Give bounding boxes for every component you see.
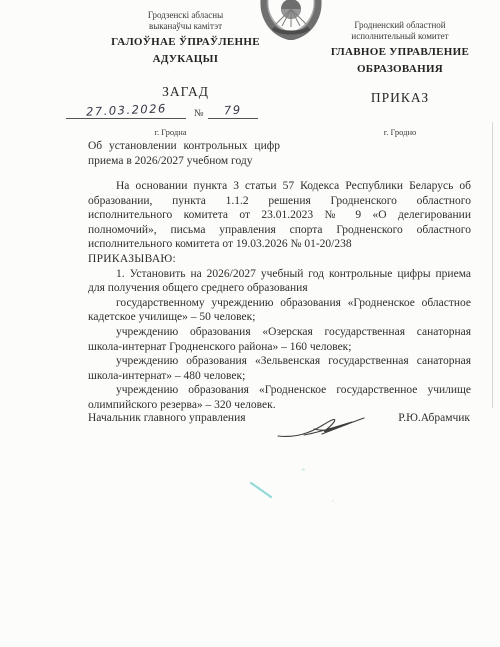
city-right: г. Гродно bbox=[322, 127, 478, 137]
org-name-line: Гродзенскі абласны bbox=[88, 10, 283, 21]
order-body: На основании пункта 3 статьи 57 Кодекса … bbox=[88, 179, 471, 413]
letterhead-belarusian: Гродзенскі абласны выканаўчы камітэт ГАЛ… bbox=[88, 10, 283, 100]
order-word: ПРИКАЗЫВАЮ: bbox=[88, 252, 471, 267]
doc-type-zagad: ЗАГАД bbox=[88, 84, 283, 100]
allocation-item: учреждению образования «Озерская государ… bbox=[88, 325, 471, 354]
basis-paragraph: На основании пункта 3 статьи 57 Кодекса … bbox=[88, 179, 471, 252]
allocation-item: учреждению образования «Зельвенская госу… bbox=[88, 354, 471, 383]
item-1-intro: 1. Установить на 2026/2027 учебный год к… bbox=[88, 267, 471, 296]
city-left: г. Гродна bbox=[88, 127, 253, 137]
signature-row: Начальник главного управления Р.Ю.Абрамч… bbox=[88, 412, 470, 443]
org-name-line: исполнительный комитет bbox=[322, 31, 478, 42]
subject-line: приема в 2026/2027 учебном году bbox=[88, 154, 362, 169]
signer-name: Р.Ю.Абрамчик bbox=[398, 412, 470, 424]
allocation-item: государственному учреждению образования … bbox=[88, 296, 471, 325]
date-blank-line: 27.03.2026 bbox=[66, 103, 186, 119]
number-sign: № bbox=[194, 108, 204, 119]
subject-line: Об установлении контрольных цифр bbox=[88, 139, 362, 154]
signer-title: Начальник главного управления bbox=[88, 412, 246, 424]
org-name-line: Гродненский областной bbox=[322, 20, 478, 31]
handwritten-number: 79 bbox=[223, 103, 241, 118]
scan-speck bbox=[332, 500, 334, 502]
department-name-line: ГЛАВНОЕ УПРАВЛЕНИЕ bbox=[322, 46, 478, 59]
department-name-line: ОБРАЗОВАНИЯ bbox=[322, 63, 478, 76]
doc-type-prikaz: ПРИКАЗ bbox=[322, 90, 478, 106]
letterhead-russian: Гродненский областной исполнительный ком… bbox=[322, 20, 478, 106]
org-name-line: выканаўчы камітэт bbox=[88, 21, 283, 32]
date-number-row: 27.03.2026№79 bbox=[66, 103, 286, 119]
department-name-line: АДУКАЦЫІ bbox=[88, 53, 283, 66]
subject-block: Об установлении контрольных цифр приема … bbox=[88, 139, 362, 168]
scan-page-edge-line bbox=[492, 122, 493, 408]
scanned-order-document: Гродзенскі абласны выканаўчы камітэт ГАЛ… bbox=[0, 0, 500, 647]
handwritten-signature-icon bbox=[276, 412, 368, 443]
handwritten-date: 27.03.2026 bbox=[85, 101, 166, 119]
cyan-pen-mark bbox=[248, 479, 276, 506]
number-blank-line: 79 bbox=[208, 103, 258, 119]
allocation-item: учреждению образования «Гродненское госу… bbox=[88, 383, 471, 412]
department-name-line: ГАЛОЎНАЕ ЎПРАЎЛЕННЕ bbox=[88, 36, 283, 49]
scan-speck bbox=[302, 468, 305, 471]
